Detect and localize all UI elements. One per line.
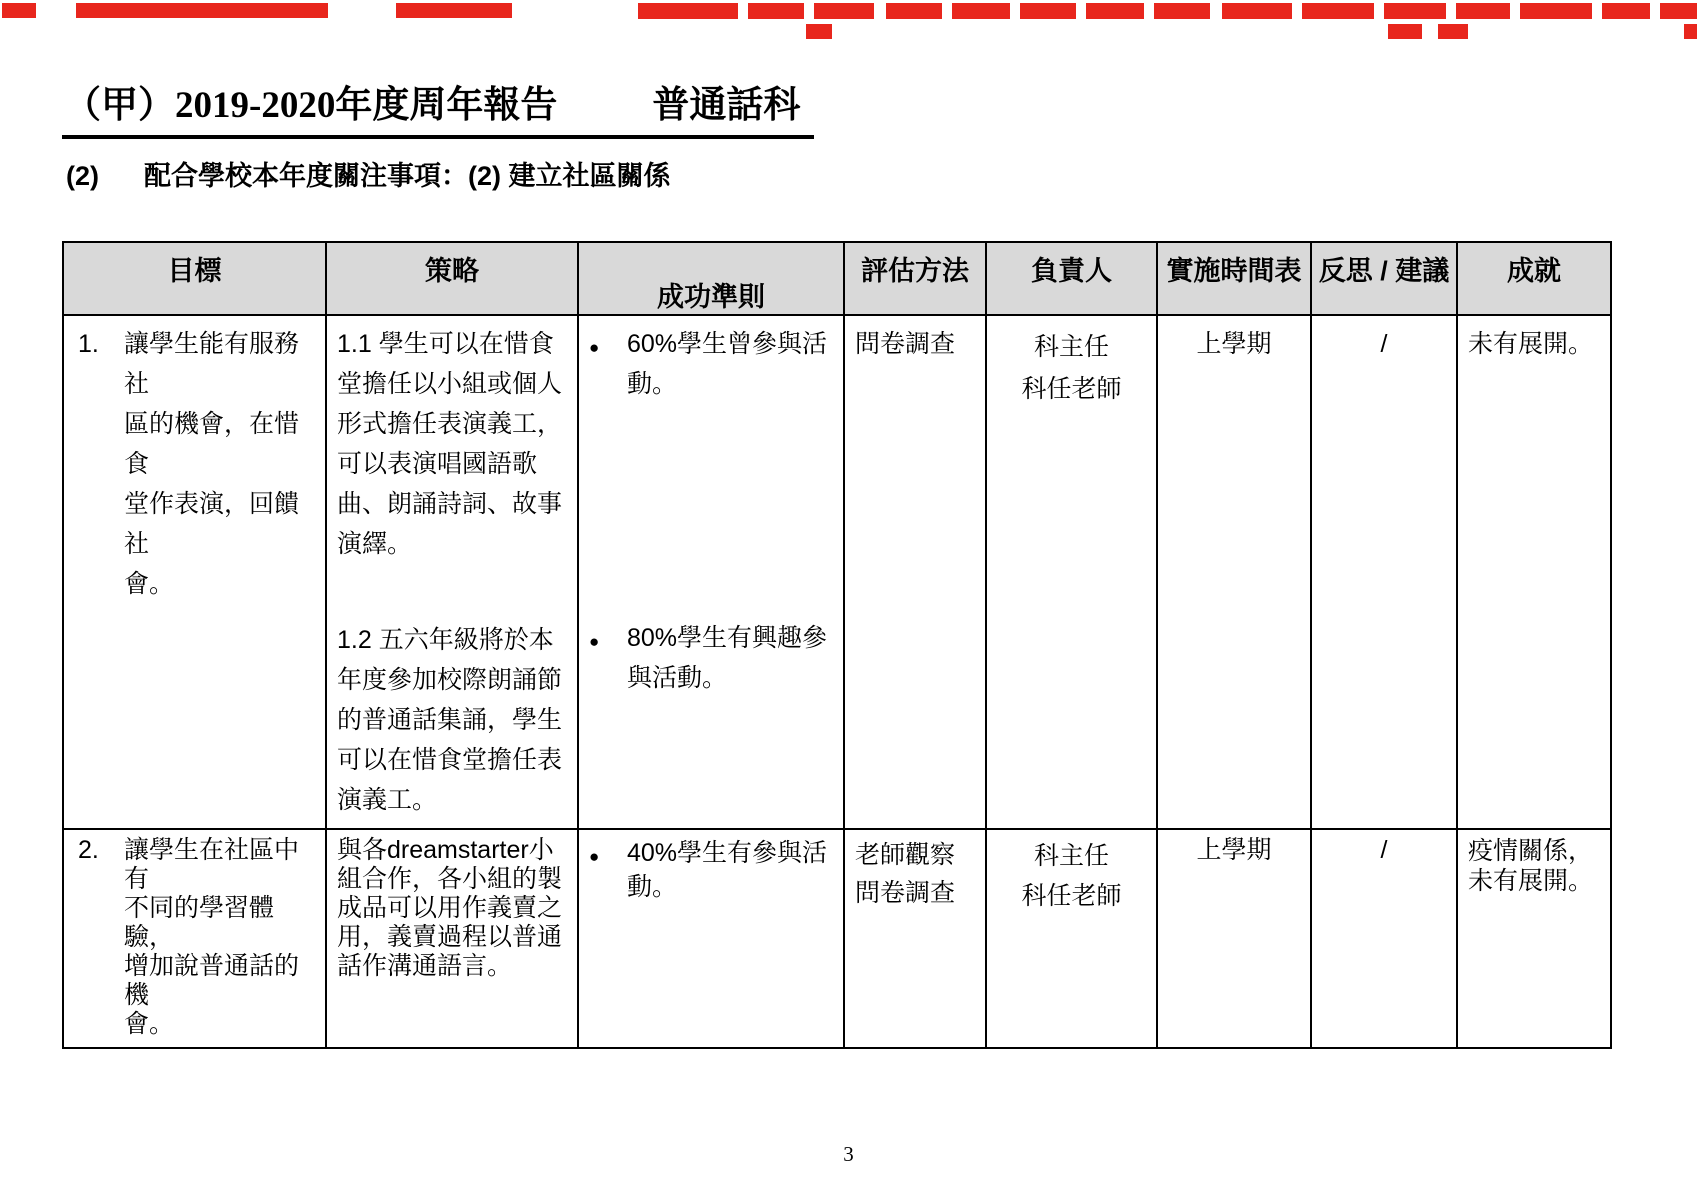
focus-subtitle: (2)配合學校本年度關注事項：(2) 建立社區關係 xyxy=(66,154,671,193)
timetable-text: 上學期 xyxy=(1158,830,1310,873)
text-line: 用，義賣過程以普通 xyxy=(337,923,567,952)
red-segment xyxy=(886,3,942,19)
text-line: 未有展開。 xyxy=(1468,866,1600,896)
red-segment xyxy=(1086,3,1144,19)
col-header-reflection: 反思 / 建議 xyxy=(1311,242,1457,315)
text-line: 科主任 xyxy=(997,836,1146,876)
red-segment xyxy=(396,3,512,18)
success-item-1: ● 60%學生曾參與活動。 xyxy=(589,324,833,404)
red-segment xyxy=(1222,3,1292,19)
table-row: 1. 讓學生能有服務社區的機會，在惜食堂作表演，回饋社會。 1.1 學生可以在惜… xyxy=(63,315,1611,829)
text-line: 的普通話集誦，學生 xyxy=(337,700,567,740)
focus-subtitle-text: 配合學校本年度關注事項：(2) 建立社區關係 xyxy=(144,161,671,191)
red-segment xyxy=(748,3,804,19)
text-line: 60%學生曾參與活 xyxy=(627,324,827,364)
text-line: 科主任 xyxy=(997,326,1146,368)
annual-report-table: 目標 策略 成功準則 評估方法 負責人 實施時間表 反思 / 建議 成就 1. … xyxy=(62,241,1612,1049)
text-line: 區的機會，在惜食 xyxy=(124,404,315,484)
red-segment xyxy=(1456,3,1510,19)
text-line: 問卷調查 xyxy=(855,324,975,364)
col-header-success-criteria: 成功準則 xyxy=(578,242,844,315)
red-segment xyxy=(814,3,874,19)
text-line: 1.2 五六年級將於本 xyxy=(337,620,567,660)
text-line: 堂作表演，回饋社 xyxy=(124,484,315,564)
text-line: 成品可以用作義賣之 xyxy=(337,894,567,923)
report-title: （甲）2019-2020年度周年報告普通話科 xyxy=(62,74,814,139)
strategy-paragraph-1: 與各dreamstarter小組合作，各小組的製成品可以用作義賣之用，義賣過程以… xyxy=(337,836,567,981)
top-red-bar xyxy=(0,0,1697,45)
col-header-achievement: 成就 xyxy=(1457,242,1611,315)
text-line: 可以在惜食堂擔任表 xyxy=(337,740,567,780)
evaluation-text: 問卷調查 xyxy=(845,316,985,372)
timetable-text: 上學期 xyxy=(1158,316,1310,372)
red-segment xyxy=(1388,24,1422,39)
timetable-cell: 上學期 xyxy=(1157,315,1311,829)
focus-subtitle-number: (2) xyxy=(66,161,144,192)
success-item-1: ● 40%學生有參與活動。 xyxy=(589,836,833,904)
person-cell: 科主任科任老師 xyxy=(986,315,1157,829)
col-header-goal: 目標 xyxy=(63,242,326,315)
red-segment xyxy=(1020,3,1076,19)
text-line: 科任老師 xyxy=(997,876,1146,916)
strategy-paragraph-1: 1.1 學生可以在惜食堂擔任以小組或個人形式擔任表演義工，可以表演唱國語歌曲、朗… xyxy=(337,324,567,564)
goal-cell: 1. 讓學生能有服務社區的機會，在惜食堂作表演，回饋社會。 xyxy=(63,315,326,829)
success-item-1-text: 40%學生有參與活動。 xyxy=(627,836,827,904)
red-segment xyxy=(1660,3,1697,19)
text-line: 曲、朗誦詩詞、故事 xyxy=(337,484,567,524)
subject-name: 普通話科 xyxy=(652,85,800,126)
reflection-cell: / xyxy=(1311,829,1457,1048)
text-line: 1.1 學生可以在惜食 xyxy=(337,324,567,364)
bullet-icon: ● xyxy=(589,618,627,698)
strategy-cell: 1.1 學生可以在惜食堂擔任以小組或個人形式擔任表演義工，可以表演唱國語歌曲、朗… xyxy=(326,315,578,829)
col-header-timetable: 實施時間表 xyxy=(1157,242,1311,315)
text-line: 40%學生有參與活 xyxy=(627,836,827,870)
text-line: 問卷調查 xyxy=(855,874,975,912)
person-text: 科主任科任老師 xyxy=(987,830,1156,924)
table-row: 2. 讓學生在社區中有不同的學習體驗，增加說普通話的機會。 與各dreamsta… xyxy=(63,829,1611,1048)
text-line: 演義工。 xyxy=(337,780,567,820)
success-item-2: ● 80%學生有興趣參與活動。 xyxy=(589,618,833,698)
red-segment xyxy=(952,3,1010,19)
achievement-text: 疫情關係，未有展開。 xyxy=(1458,830,1610,904)
text-line: 可以表演唱國語歌 xyxy=(337,444,567,484)
text-line: 科任老師 xyxy=(997,368,1146,410)
bullet-icon: ● xyxy=(589,324,627,404)
red-segment xyxy=(1384,3,1446,19)
text-line: 讓學生能有服務社 xyxy=(124,324,315,404)
text-line: 與活動。 xyxy=(627,658,827,698)
table-header-row: 目標 策略 成功準則 評估方法 負責人 實施時間表 反思 / 建議 成就 xyxy=(63,242,1611,315)
text-line: 話作溝通語言。 xyxy=(337,952,567,981)
text-line: 增加說普通話的機 xyxy=(124,952,315,1010)
text-line: 不同的學習體驗， xyxy=(124,894,315,952)
goal-text: 讓學生在社區中有不同的學習體驗，增加說普通話的機會。 xyxy=(124,836,315,1039)
strategy-cell: 與各dreamstarter小組合作，各小組的製成品可以用作義賣之用，義賣過程以… xyxy=(326,829,578,1048)
red-segment xyxy=(76,3,328,18)
text-line: 動。 xyxy=(627,870,827,904)
text-line: 演繹。 xyxy=(337,524,567,564)
text-line: 與各dreamstarter小 xyxy=(337,836,567,865)
evaluation-text: 老師觀察問卷調查 xyxy=(845,830,985,920)
red-segment xyxy=(2,3,36,18)
text-line: 未有展開。 xyxy=(1468,324,1600,364)
text-line: 會。 xyxy=(124,564,315,604)
goal-number: 2. xyxy=(74,836,124,1039)
goal-cell: 2. 讓學生在社區中有不同的學習體驗，增加說普通話的機會。 xyxy=(63,829,326,1048)
col-header-strategy: 策略 xyxy=(326,242,578,315)
red-segment xyxy=(1684,24,1697,39)
red-segment xyxy=(806,24,832,39)
person-text: 科主任科任老師 xyxy=(987,316,1156,418)
reflection-text: / xyxy=(1312,316,1456,372)
achievement-cell: 疫情關係，未有展開。 xyxy=(1457,829,1611,1048)
report-title-underlined: （甲）2019-2020年度周年報告普通話科 xyxy=(62,74,814,139)
text-line: 疫情關係， xyxy=(1468,836,1600,866)
text-line: 會。 xyxy=(124,1010,315,1039)
achievement-cell: 未有展開。 xyxy=(1457,315,1611,829)
red-segment xyxy=(1602,3,1650,19)
text-line: 老師觀察 xyxy=(855,836,975,874)
red-segment xyxy=(1154,3,1210,19)
goal-text: 讓學生能有服務社區的機會，在惜食堂作表演，回饋社會。 xyxy=(124,324,315,604)
red-segment xyxy=(1438,24,1468,39)
success-criteria-cell: ● 60%學生曾參與活動。 ● 80%學生有興趣參與活動。 xyxy=(578,315,844,829)
reflection-cell: / xyxy=(1311,315,1457,829)
red-segment xyxy=(1302,3,1374,19)
achievement-text: 未有展開。 xyxy=(1458,316,1610,372)
red-segment xyxy=(1520,3,1592,19)
reflection-text: / xyxy=(1312,830,1456,873)
document-page: （甲）2019-2020年度周年報告普通話科 (2)配合學校本年度關注事項：(2… xyxy=(0,0,1697,1200)
text-line: 堂擔任以小組或個人 xyxy=(337,364,567,404)
text-line: 年度參加校際朗誦節 xyxy=(337,660,567,700)
text-line: 組合作，各小組的製 xyxy=(337,865,567,894)
success-item-1-text: 60%學生曾參與活動。 xyxy=(627,324,827,404)
text-line: 形式擔任表演義工， xyxy=(337,404,567,444)
text-line: 動。 xyxy=(627,364,827,404)
text-line: 80%學生有興趣參 xyxy=(627,618,827,658)
success-item-2-text: 80%學生有興趣參與活動。 xyxy=(627,618,827,698)
red-segment xyxy=(638,3,738,19)
col-header-evaluation: 評估方法 xyxy=(844,242,986,315)
text-line: 讓學生在社區中有 xyxy=(124,836,315,894)
evaluation-cell: 問卷調查 xyxy=(844,315,986,829)
report-title-text: （甲）2019-2020年度周年報告 xyxy=(64,85,557,126)
col-header-person: 負責人 xyxy=(986,242,1157,315)
success-criteria-cell: ● 40%學生有參與活動。 xyxy=(578,829,844,1048)
goal-number: 1. xyxy=(74,324,124,604)
evaluation-cell: 老師觀察問卷調查 xyxy=(844,829,986,1048)
person-cell: 科主任科任老師 xyxy=(986,829,1157,1048)
page-number: 3 xyxy=(0,1142,1697,1167)
bullet-icon: ● xyxy=(589,836,627,904)
strategy-paragraph-2: 1.2 五六年級將於本年度參加校際朗誦節的普通話集誦，學生可以在惜食堂擔任表演義… xyxy=(337,620,567,820)
timetable-cell: 上學期 xyxy=(1157,829,1311,1048)
